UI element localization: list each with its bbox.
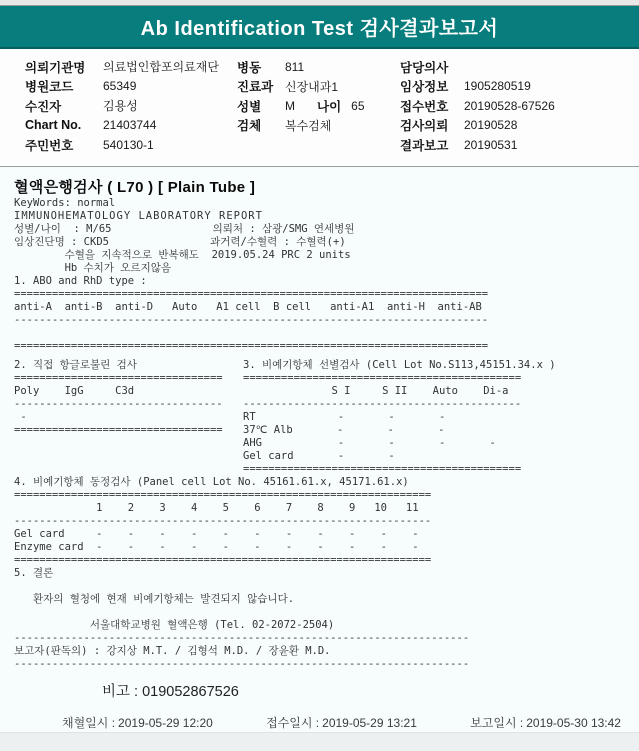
- age-value: 65: [351, 99, 364, 113]
- page-title: Ab Identification Test 검사결과보고서: [141, 12, 499, 41]
- info-row-department: 진료과 신장내과1: [237, 77, 400, 97]
- clinical-info-value: 1905280519: [464, 79, 531, 93]
- info-row-accession-no: 접수번호 20190528-67526: [400, 96, 639, 116]
- report-datetime-label: 보고일시 :: [470, 716, 523, 730]
- patient-name-label: 수진자: [25, 97, 103, 115]
- report-datetime-value: 2019-05-30 13:42: [526, 716, 621, 730]
- info-row-chart-no: Chart No. 21403744: [25, 116, 237, 136]
- result-date-value: 20190531: [464, 138, 517, 152]
- hospital-code-value: 65349: [103, 79, 136, 93]
- receipt-datetime-label: 접수일시 :: [266, 716, 319, 730]
- remark-label: 비고 :: [102, 684, 138, 700]
- ward-label: 병동: [237, 58, 285, 76]
- institution-value: 의료법인합포의료재단: [103, 58, 219, 75]
- info-row-institution: 의뢰기관명 의료법인합포의료재단: [25, 57, 237, 77]
- lab-report-page: Ab Identification Test 검사결과보고서 의뢰기관명 의료법…: [0, 0, 639, 751]
- info-row-patient-name: 수진자 김용성: [25, 96, 237, 116]
- hospital-code-label: 병원코드: [25, 77, 103, 95]
- department-value: 신장내과1: [285, 78, 338, 95]
- dat-and-screening-row: 2. 직접 항글로불린 검사 =========================…: [14, 359, 639, 476]
- bottom-strip: [0, 732, 639, 751]
- collection-datetime-label: 채혈일시 :: [62, 716, 115, 730]
- info-row-doctor: 담당의사: [400, 57, 639, 77]
- accession-no-label: 접수번호: [400, 97, 464, 115]
- order-date-value: 20190528: [464, 118, 517, 132]
- chart-no-label: Chart No.: [25, 118, 103, 132]
- receipt-datetime-value: 2019-05-29 13:21: [322, 716, 417, 730]
- clinical-info-label: 임상정보: [400, 77, 464, 95]
- ward-value: 811: [285, 60, 304, 74]
- remark-value: 019052867526: [142, 684, 239, 700]
- keywords-line: KeyWords: normal: [14, 197, 639, 210]
- specimen-label: 검체: [237, 116, 285, 134]
- patient-info-section: 의뢰기관명 의료법인합포의료재단 병원코드 65349 수진자 김용성 Char…: [0, 49, 639, 167]
- info-row-hospital-code: 병원코드 65349: [25, 77, 237, 97]
- patient-summary-block: 성별/나이 : M/65 의뢰처 : 삼광/SMG 연세병원 임상진단명 : C…: [14, 223, 639, 275]
- antibody-screening-table: 3. 비예기항체 선별검사 (Cell Lot No.S113,45151.34…: [243, 359, 639, 476]
- info-row-specimen: 검체 복수검체: [237, 116, 400, 136]
- chart-no-value: 21403744: [103, 118, 156, 132]
- institution-label: 의뢰기관명: [25, 58, 103, 76]
- doctor-label: 담당의사: [400, 58, 464, 76]
- order-date-label: 검사의뢰: [400, 116, 464, 134]
- antibody-panel-table: 4. 비예기항체 동정검사 (Panel cell Lot No. 45161.…: [14, 476, 639, 567]
- date-footer: 채혈일시 :2019-05-29 12:20 접수일시 :2019-05-29 …: [14, 714, 639, 731]
- remark-line: 비고 :019052867526: [102, 680, 639, 701]
- age-label: 나이: [317, 97, 341, 115]
- info-row-ward: 병동 811: [237, 57, 400, 77]
- info-row-sex-age: 성별 M 나이 65: [237, 96, 400, 116]
- immunohematology-heading: IMMUNOHEMATOLOGY LABORATORY REPORT: [14, 210, 639, 223]
- patient-name-value: 김용성: [103, 97, 138, 114]
- collection-datetime: 채혈일시 :2019-05-29 12:20: [62, 714, 213, 731]
- patient-info-col-left: 의뢰기관명 의료법인합포의료재단 병원코드 65349 수진자 김용성 Char…: [25, 57, 237, 166]
- result-date-label: 결과보고: [400, 136, 464, 154]
- resident-id-label: 주민번호: [25, 136, 103, 154]
- info-row-order-date: 검사의뢰 20190528: [400, 116, 639, 136]
- resident-id-value: 540130-1: [103, 138, 154, 152]
- accession-no-value: 20190528-67526: [464, 99, 555, 113]
- receipt-datetime: 접수일시 :2019-05-29 13:21: [266, 714, 417, 731]
- specimen-value: 복수검체: [285, 117, 331, 134]
- department-label: 진료과: [237, 77, 285, 95]
- patient-info-col-middle: 병동 811 진료과 신장내과1 성별 M 나이 65 검체 복수검체: [237, 57, 400, 166]
- patient-info-col-right: 담당의사 임상정보 1905280519 접수번호 20190528-67526…: [400, 57, 639, 166]
- conclusion-block: 5. 결론 환자의 혈청에 현재 비예기항체는 발견되지 않습니다. 서울대학교…: [14, 567, 639, 632]
- sex-label: 성별: [237, 97, 285, 115]
- info-row-clinical-info: 임상정보 1905280519: [400, 77, 639, 97]
- info-row-resident-id: 주민번호 540130-1: [25, 135, 237, 155]
- report-header-banner: Ab Identification Test 검사결과보고서: [0, 6, 639, 49]
- info-row-result-date: 결과보고 20190531: [400, 135, 639, 155]
- sex-value: M: [285, 99, 295, 113]
- direct-antiglobulin-table: 2. 직접 항글로불린 검사 =========================…: [14, 359, 243, 476]
- lab-report-body: 혈액은행검사 ( L70 ) [ Plain Tube ] KeyWords: …: [0, 167, 639, 734]
- reporter-block: ----------------------------------------…: [14, 632, 639, 671]
- abo-rhd-type-table: 1. ABO and RhD type : ==================…: [14, 275, 639, 353]
- blood-bank-section-title: 혈액은행검사 ( L70 ) [ Plain Tube ]: [14, 176, 639, 197]
- collection-datetime-value: 2019-05-29 12:20: [118, 716, 213, 730]
- report-datetime: 보고일시 :2019-05-30 13:42: [470, 714, 621, 731]
